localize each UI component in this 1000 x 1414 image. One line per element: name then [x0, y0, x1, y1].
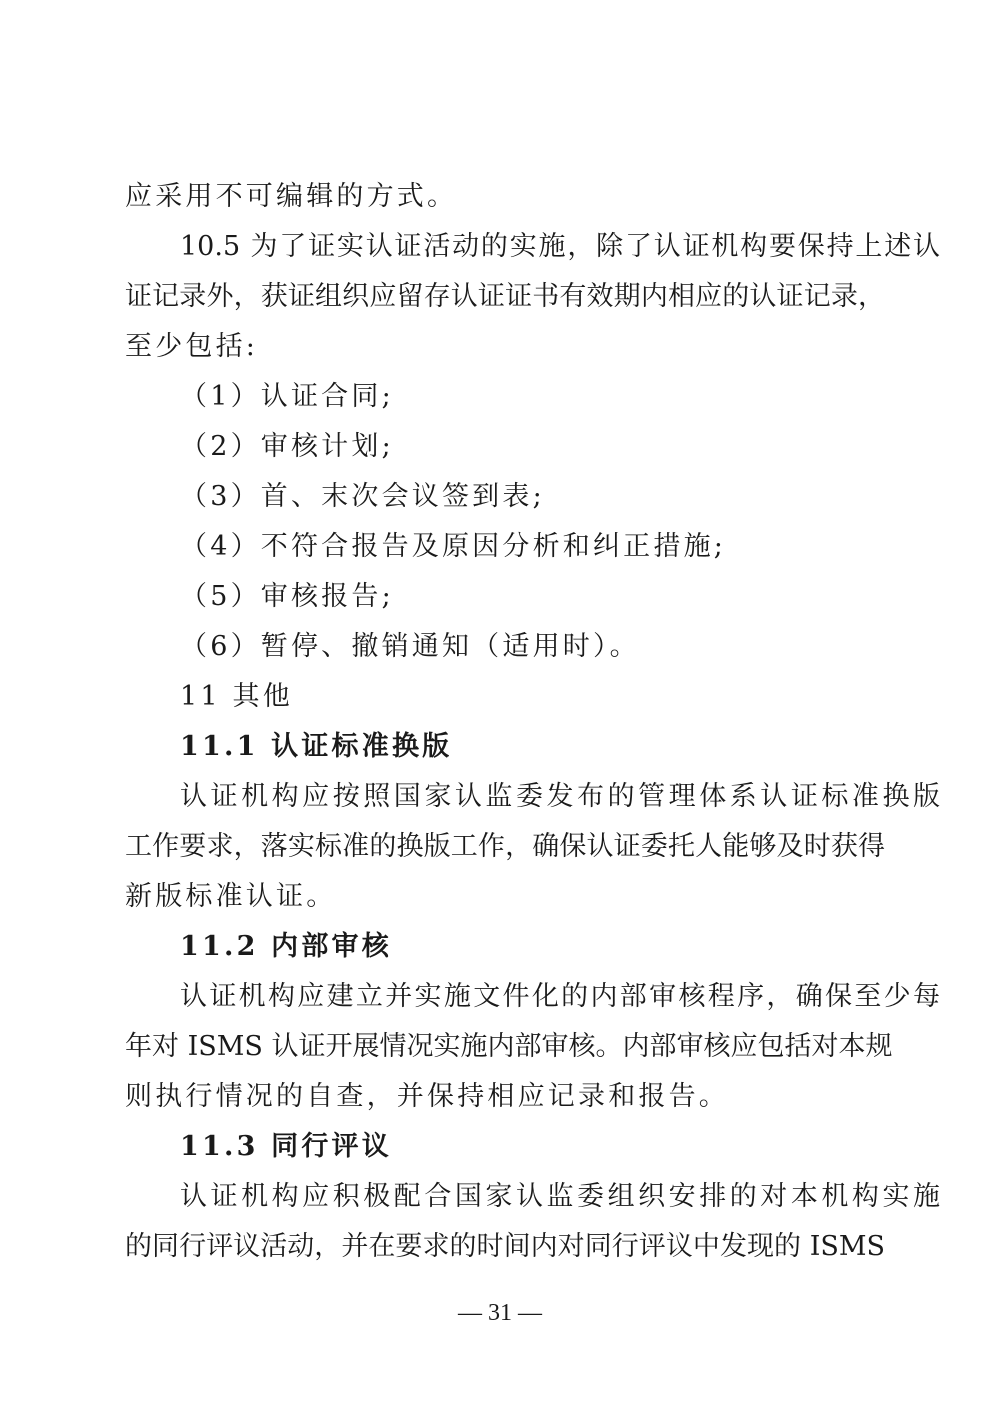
- text-line: 认证机构应按照国家认监委发布的管理体系认证标准换版: [180, 782, 940, 812]
- text-line: 应采用不可编辑的方式。: [125, 182, 885, 212]
- text-line: 认证机构应积极配合国家认监委组织安排的对本机构实施: [180, 1182, 940, 1212]
- text-line: 工作要求，落实标准的换版工作，确保认证委托人能够及时获得: [125, 832, 885, 862]
- text-line: 至少包括:: [125, 332, 885, 362]
- subsection-heading-11-1: 11.1 认证标准换版: [180, 732, 940, 762]
- list-item: （6）暂停、撤销通知（适用时）。: [180, 632, 940, 662]
- page-number: — 31 —: [0, 1300, 1000, 1327]
- text-line: 新版标准认证。: [125, 882, 885, 912]
- text-line: 年对 ISMS 认证开展情况实施内部审核。内部审核应包括对本规: [125, 1032, 885, 1062]
- list-item: （5）审核报告;: [180, 582, 940, 612]
- text-line: 则执行情况的自查，并保持相应记录和报告。: [125, 1082, 885, 1112]
- subsection-heading-11-3: 11.3 同行评议: [180, 1132, 940, 1162]
- text-line: 认证机构应建立并实施文件化的内部审核程序，确保至少每: [180, 982, 940, 1012]
- subsection-heading-11-2: 11.2 内部审核: [180, 932, 940, 962]
- list-item: （3）首、末次会议签到表;: [180, 482, 940, 512]
- text-line: 证记录外，获证组织应留存认证证书有效期内相应的认证记录，: [125, 282, 885, 312]
- document-page: 应采用不可编辑的方式。 10.5 为了证实认证活动的实施，除了认证机构要保持上述…: [0, 0, 1000, 1414]
- list-item: （1）认证合同;: [180, 382, 940, 412]
- clause-10-5-line: 10.5 为了证实认证活动的实施，除了认证机构要保持上述认: [180, 232, 940, 262]
- list-item: （2）审核计划;: [180, 432, 940, 462]
- text-line: 的同行评议活动，并在要求的时间内对同行评议中发现的 ISMS: [125, 1232, 885, 1262]
- list-item: （4）不符合报告及原因分析和纠正措施;: [180, 532, 940, 562]
- section-heading-11: 11 其他: [180, 682, 940, 712]
